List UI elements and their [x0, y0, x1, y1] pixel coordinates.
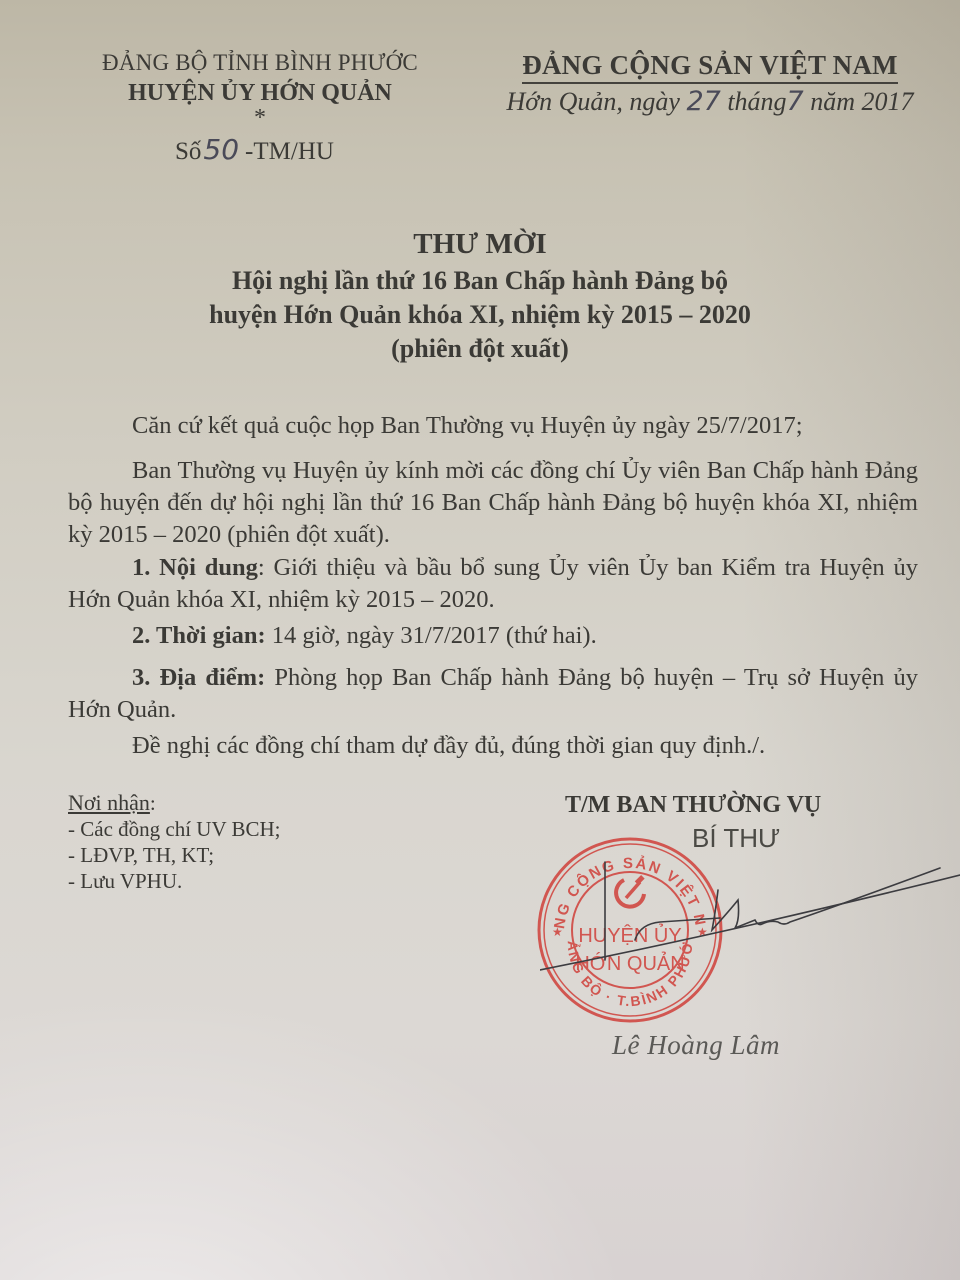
- recipients-colon: :: [150, 791, 156, 815]
- recipient-item: - Lưu VPHU.: [68, 868, 281, 894]
- basis-paragraph: Căn cứ kết quả cuộc họp Ban Thường vụ Hu…: [68, 410, 918, 442]
- recipients-block: Nơi nhận: - Các đồng chí UV BCH; - LĐVP,…: [68, 790, 281, 894]
- document-subtitle: Hội nghị lần thứ 16 Ban Chấp hành Đảng b…: [0, 264, 960, 366]
- place-and-date: Hớn Quản, ngày 27 tháng7 năm 2017: [490, 86, 930, 117]
- star-separator: *: [60, 108, 460, 128]
- document-title: THƯ MỜI: [0, 228, 960, 261]
- invitation-text: Ban Thường vụ Huyện ủy kính mời các đồng…: [68, 457, 918, 548]
- recipients-heading: Nơi nhận: [68, 790, 150, 815]
- national-header: ĐẢNG CỘNG SẢN VIỆT NAM Hớn Quản, ngày 27…: [490, 50, 930, 117]
- closing-paragraph: Đề nghị các đồng chí tham dự đầy đủ, đún…: [68, 730, 918, 762]
- date-place: Hớn Quản, ngày: [506, 87, 679, 116]
- subtitle-line-1: Hội nghị lần thứ 16 Ban Chấp hành Đảng b…: [0, 264, 960, 298]
- handwritten-signature: [540, 860, 960, 1020]
- date-month: 7: [787, 86, 804, 117]
- item-time: 2. Thời gian: 14 giờ, ngày 31/7/2017 (th…: [68, 620, 918, 652]
- date-day: 27: [686, 86, 720, 117]
- item-content: 1. Nội dung: Giới thiệu và bầu bổ sung Ủ…: [68, 552, 918, 616]
- signatory-name: Lê Hoàng Lâm: [612, 1030, 780, 1061]
- closing-text: Đề nghị các đồng chí tham dự đầy đủ, đún…: [132, 732, 765, 759]
- issuing-authority: ĐẢNG BỘ TỈNH BÌNH PHƯỚC HUYỆN ỦY HỚN QUẢ…: [60, 48, 460, 128]
- party-name: ĐẢNG CỘNG SẢN VIỆT NAM: [522, 50, 897, 84]
- district-party-committee: HUYỆN ỦY HỚN QUẢN: [60, 78, 460, 108]
- date-year: năm 2017: [810, 87, 913, 116]
- item-content-sep: :: [258, 554, 265, 581]
- recipient-item: - LĐVP, TH, KT;: [68, 842, 281, 868]
- subtitle-line-2: huyện Hớn Quản khóa XI, nhiệm kỳ 2015 – …: [0, 298, 960, 332]
- provincial-party-committee: ĐẢNG BỘ TỈNH BÌNH PHƯỚC: [60, 48, 460, 78]
- item-time-label: 2. Thời gian:: [132, 622, 266, 649]
- number-suffix: -TM/HU: [245, 138, 334, 165]
- document-number: Số50-TM/HU: [175, 133, 334, 166]
- item-location: 3. Địa điểm: Phòng họp Ban Chấp hành Đản…: [68, 662, 918, 726]
- item-content-label: 1. Nội dung: [132, 554, 258, 581]
- recipient-item: - Các đồng chí UV BCH;: [68, 816, 281, 842]
- number-handwritten: 50: [203, 133, 239, 166]
- signatory-on-behalf: T/M BAN THƯỜNG VỤ: [565, 792, 821, 819]
- item-location-label: 3. Địa điểm:: [132, 664, 265, 691]
- basis-text: Căn cứ kết quả cuộc họp Ban Thường vụ Hu…: [132, 412, 803, 439]
- date-month-label: tháng: [727, 87, 786, 116]
- invitation-paragraph: Ban Thường vụ Huyện ủy kính mời các đồng…: [68, 455, 918, 551]
- item-time-text: 14 giờ, ngày 31/7/2017 (thứ hai).: [266, 622, 597, 649]
- subtitle-line-3: (phiên đột xuất): [0, 332, 960, 366]
- number-prefix: Số: [175, 138, 201, 165]
